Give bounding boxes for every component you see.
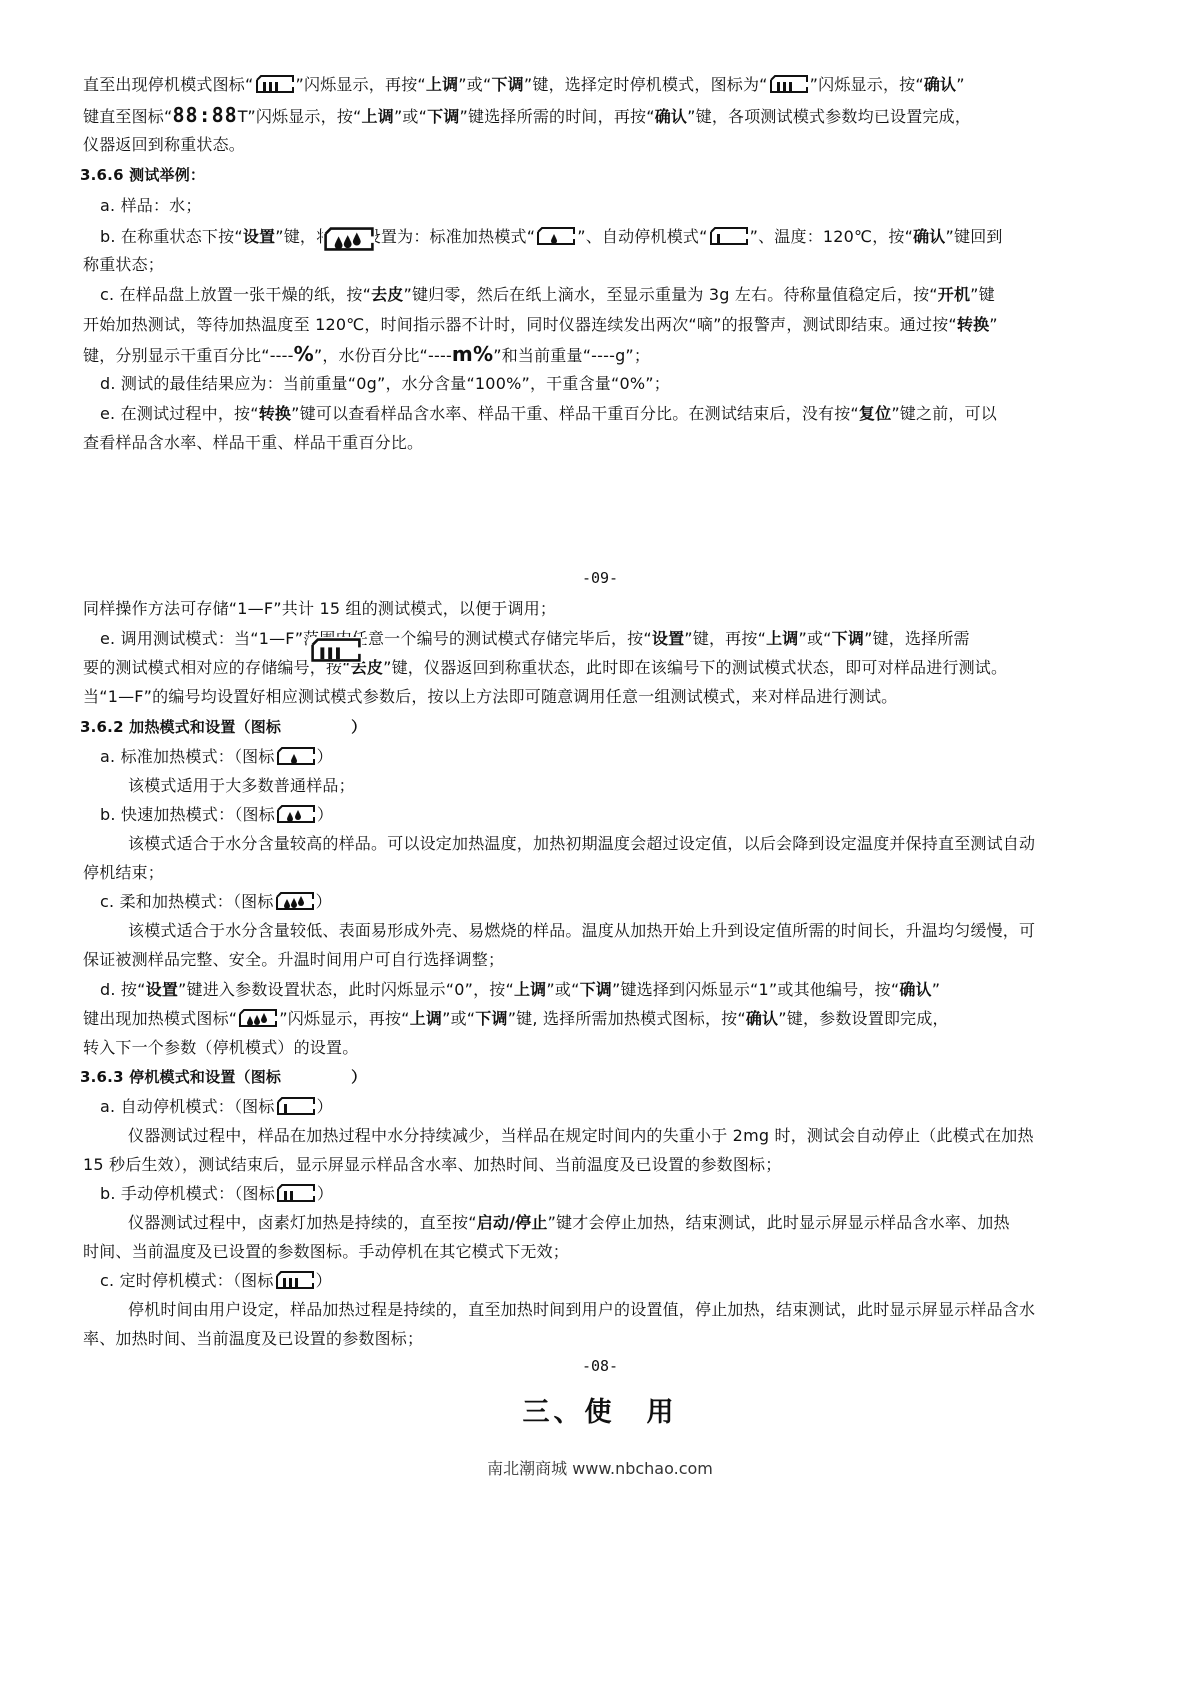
paragraph-line: 保证被测样品完整、安全。升温时间用户可自行选择调整； [83,949,504,971]
timed-stop-icon [769,74,809,94]
auto-stop-icon [276,1096,316,1116]
paragraph-line: 查看样品含水率、样品干重、样品干重百分比。 [83,432,423,454]
paragraph-line: 开始加热测试，等待加热温度至 120℃，时间指示器不计时，同时仪器连续发出两次“… [83,314,998,336]
timed-stop-icon [275,1270,315,1290]
footer-watermark: 南北潮商城 www.nbchao.com [0,1456,1200,1479]
heat-mode-soft: c. 柔和加热模式：（图标） [100,891,332,913]
paragraph-line: 停机结束； [83,862,164,884]
recall-mode-item-e: e. 调用测试模式：当“1—F”范围内任意一个编号的测试模式存储完毕后，按“设置… [100,628,970,650]
heat-setting-item-d: d. 按“设置”键进入参数设置状态，此时闪烁显示“0”，按“上调”或“下调”键选… [100,979,940,1001]
heat-mode-fast: b. 快速加热模式：（图标） [100,804,333,826]
stop-mode-manual: b. 手动停机模式：（图标） [100,1183,333,1205]
stop-mode-timed: c. 定时停机模式：（图标） [100,1270,332,1292]
example-item-d: d. 测试的最佳结果应为：当前重量“0g”，水分含量“100%”，干重含量“0%… [100,373,670,395]
example-item-b: b. 在称重状态下按“设置”键，将参数设置为：标准加热模式“”、自动停机模式“”… [100,226,1003,248]
soft-heat-icon-overlay [323,226,375,252]
paragraph-line: 率、加热时间、当前温度及已设置的参数图标； [83,1328,423,1350]
page-number: -09- [0,569,1200,587]
example-item-c: c. 在样品盘上放置一张干燥的纸，按“去皮”键归零，然后在纸上滴水，至显示重量为… [100,284,995,306]
paragraph-line: 键出现加热模式图标“”闪烁显示，再按“上调”或“下调”键, 选择所需加热模式图标… [83,1008,949,1030]
standard-heat-icon [276,746,316,766]
heat-mode-standard: a. 标准加热模式：（图标） [100,746,333,768]
paragraph-line: 同样操作方法可存储“1—F”共计 15 组的测试模式，以便于调用； [83,598,556,620]
example-item-e: e. 在测试过程中，按“转换”键可以查看样品含水率、样品干重、样品干重百分比。在… [100,403,997,425]
paragraph-line: 15 秒后生效），测试结束后，显示屏显示样品含水率、加热时间、当前温度及已设置的… [83,1154,781,1176]
paragraph-line: 键直至图标“88:88T”闪烁显示，按“上调”或“下调”键选择所需的时间，再按“… [83,104,971,128]
auto-stop-icon [709,226,749,246]
paragraph-line: 仪器返回到称重状态。 [83,134,245,156]
timed-stop-icon-overlay [310,637,362,663]
fast-heat-icon [276,804,316,824]
soft-heat-icon [275,891,315,911]
section-heading-3-6-2: 3.6.2 加热模式和设置（图标） [80,716,366,738]
paragraph-line: 直至出现停机模式图标“”闪烁显示，再按“上调”或“下调”键，选择定时停机模式，图… [83,74,965,96]
chapter-title: 三、使 用 [0,1390,1200,1429]
stop-mode-auto: a. 自动停机模式：（图标） [100,1096,333,1118]
paragraph-line: 该模式适用于大多数普通样品； [128,775,355,797]
paragraph-line: 该模式适合于水分含量较高的样品。可以设定加热温度，加热初期温度会超过设定值，以后… [128,833,1035,855]
section-heading-3-6-3: 3.6.3 停机模式和设置（图标） [80,1066,366,1088]
paragraph-line: 该模式适合于水分含量较低、表面易形成外壳、易燃烧的样品。温度从加热开始上升到设定… [128,920,1035,942]
timed-stop-icon [255,74,295,94]
soft-heat-icon [238,1008,278,1028]
standard-heat-icon [536,226,576,246]
example-item-a: a. 样品：水； [100,195,202,217]
page-number: -08- [0,1357,1200,1375]
paragraph-line: 要的测试模式相对应的存储编号，按“去皮”键，仪器返回到称重状态，此时即在该编号下… [83,657,1007,679]
paragraph-line: 键，分别显示干重百分比“----%”，水份百分比“----m%”和当前重量“--… [83,343,650,367]
paragraph-line: 停机时间由用户设定，样品加热过程是持续的，直至加热时间到用户的设置值，停止加热，… [128,1299,1035,1321]
paragraph-line: 转入下一个参数（停机模式）的设置。 [83,1037,358,1059]
paragraph-line: 称重状态； [83,254,164,276]
section-heading-3-6-6: 3.6.6 测试举例： [80,164,205,186]
paragraph-line: 时间、当前温度及已设置的参数图标。手动停机在其它模式下无效； [83,1241,569,1263]
manual-stop-icon [276,1183,316,1203]
time-display-icon: 88:88 [173,103,238,127]
paragraph-line: 仪器测试过程中，样品在加热过程中水分持续减少，当样品在规定时间内的失重小于 2m… [128,1125,1034,1147]
paragraph-line: 仪器测试过程中，卤素灯加热是持续的，直至按“启动/停止”键才会停止加热，结束测试… [128,1212,1010,1234]
dry-percent-symbol: % [294,342,314,366]
moisture-percent-symbol: m% [452,342,493,366]
paragraph-line: 当“1—F”的编号均设置好相应测试模式参数后，按以上方法即可随意调用任意一组测试… [83,686,897,708]
